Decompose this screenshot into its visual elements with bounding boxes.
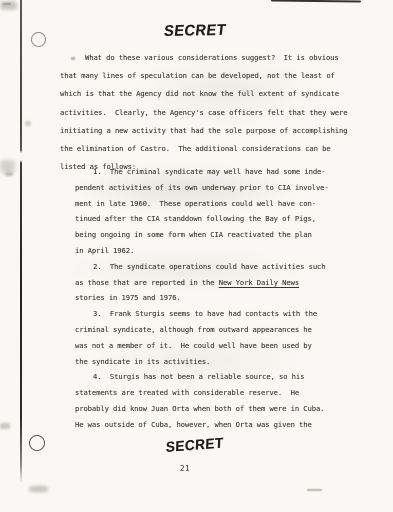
list-item-3-line: 3. Frank Sturgis seems to have had conta…	[60, 306, 370, 322]
text-line: initiating a new activity that had the s…	[60, 122, 370, 140]
scan-smudge	[0, 1, 17, 10]
list-item-1-line: being ongoing in some form when CIA reac…	[60, 227, 370, 243]
list-item-1-line: pendent activities of its own underway p…	[60, 180, 370, 196]
text-segment: as those that are reported in the	[75, 278, 219, 287]
list-item-4-line: He was outside of Cuba, however, when Or…	[60, 417, 370, 433]
page-number: 21	[180, 464, 190, 473]
list-item-3-line: the syndicate in its activities.	[60, 354, 370, 370]
numbered-considerations-list: 1. The criminal syndicate may well have …	[60, 164, 370, 433]
text-line: which is that the Agency did not know th…	[60, 85, 370, 103]
scan-smudge	[25, 121, 31, 126]
list-item-1-line: in April 1962.	[60, 243, 370, 259]
list-item-2-line: 2. The syndicate operations could have a…	[60, 259, 370, 275]
scan-smudge	[29, 486, 48, 492]
text-line: that many lines of speculation can be de…	[60, 67, 370, 85]
list-item-1-line: 1. The criminal syndicate may well have …	[60, 164, 370, 180]
list-item-3-line: criminal syndicate, although from outwar…	[60, 322, 370, 338]
scan-smudge	[5, 172, 13, 176]
list-item-1-line: tinued after the CIA standdown following…	[60, 211, 370, 227]
list-item-4-line: statements are treated with considerable…	[60, 385, 370, 401]
scanned-document-page: SECRET What do these various considerati…	[0, 0, 393, 512]
scan-smudge	[0, 423, 10, 429]
hole-punch-bottom	[29, 435, 45, 451]
scan-smudge	[0, 160, 15, 173]
list-item-1-line: ment in late 1960. These operations coul…	[60, 196, 370, 212]
scan-edge-line-left	[20, 0, 22, 483]
scan-edge-line-top-right	[271, 0, 361, 3]
underlined-publication-name: New York Daily News	[219, 278, 299, 287]
list-item-2-line: as those that are reported in the New Yo…	[60, 275, 370, 291]
text-line: activities. Clearly, the Agency's case o…	[60, 104, 370, 122]
scan-smudge	[307, 489, 322, 491]
text-line: What do these various considerations sug…	[60, 49, 370, 67]
classification-stamp-bottom: SECRET	[165, 436, 223, 456]
list-item-3-line: was not a member of it. He could well ha…	[60, 338, 370, 354]
scan-smudge	[3, 3, 11, 5]
list-item-4-line: probably did know Juan Orta when both of…	[60, 401, 370, 417]
text-line: the elimination of Castro. The additiona…	[60, 140, 370, 158]
hole-punch-top	[31, 32, 46, 47]
classification-stamp-top: SECRET	[163, 22, 227, 41]
list-item-2-line: stories in 1975 and 1976.	[60, 290, 370, 306]
opening-paragraph: What do these various considerations sug…	[60, 49, 370, 176]
list-item-4-line: 4. Sturgis has not been a reliable sourc…	[60, 369, 370, 385]
